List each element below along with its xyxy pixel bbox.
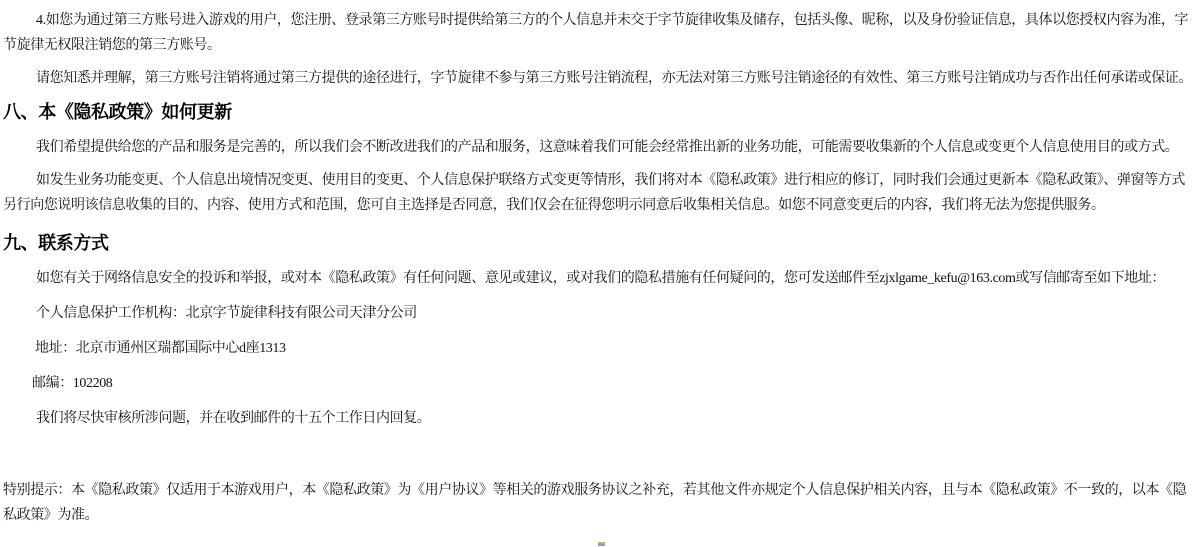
contact-intro-text-after: 或写信邮寄至如下地址： [1016, 271, 1166, 286]
contact-section: 如您有关于网络信息安全的投诉和举报，或对本《隐私政策》有任何问题、意见或建议，或… [3, 266, 1198, 431]
para-zipcode: 邮编：102208 [3, 371, 1198, 396]
contact-intro-text-before: 如您有关于网络信息安全的投诉和举报，或对本《隐私政策》有任何问题、意见或建议，或… [36, 271, 879, 286]
para-protection-organization: 个人信息保护工作机构：北京字节旋律科技有限公司天津分公司 [3, 301, 1198, 326]
para-special-note: 特别提示：本《隐私政策》仅适用于本游戏用户，本《隐私政策》为《用户协议》等相关的… [3, 478, 1198, 528]
para-third-party-cancellation: 请您知悉并理解，第三方账号注销将通过第三方提供的途径进行，字节旋律不参与第三方账… [3, 66, 1198, 91]
para-address: 地址：北京市通州区瑞都国际中心d座1313 [3, 336, 1198, 361]
heading-section-9-contact: 九、联系方式 [3, 230, 1198, 256]
para-update-notice: 如发生业务功能变更、个人信息出境情况变更、使用目的变更、个人信息保护联络方式变更… [3, 168, 1198, 218]
contact-email: zjxlgame_kefu@163.com [879, 271, 1015, 286]
para-third-party-account: 4.如您为通过第三方账号进入游戏的用户，您注册、登录第三方账号时提供给第三方的个… [3, 8, 1198, 58]
privacy-policy-document: 4.如您为通过第三方账号进入游戏的用户，您注册、登录第三方账号时提供给第三方的个… [0, 0, 1200, 547]
para-reply-time: 我们将尽快审核所涉问题，并在收到邮件的十五个工作日内回复。 [3, 406, 1198, 431]
partial-glyph-artifact [598, 542, 605, 546]
para-update-intro: 我们希望提供给您的产品和服务是完善的，所以我们会不断改进我们的产品和服务，这意味… [3, 135, 1198, 160]
heading-section-8-policy-update: 八、本《隐私政策》如何更新 [3, 99, 1198, 125]
para-contact-intro: 如您有关于网络信息安全的投诉和举报，或对本《隐私政策》有任何问题、意见或建议，或… [3, 266, 1198, 291]
